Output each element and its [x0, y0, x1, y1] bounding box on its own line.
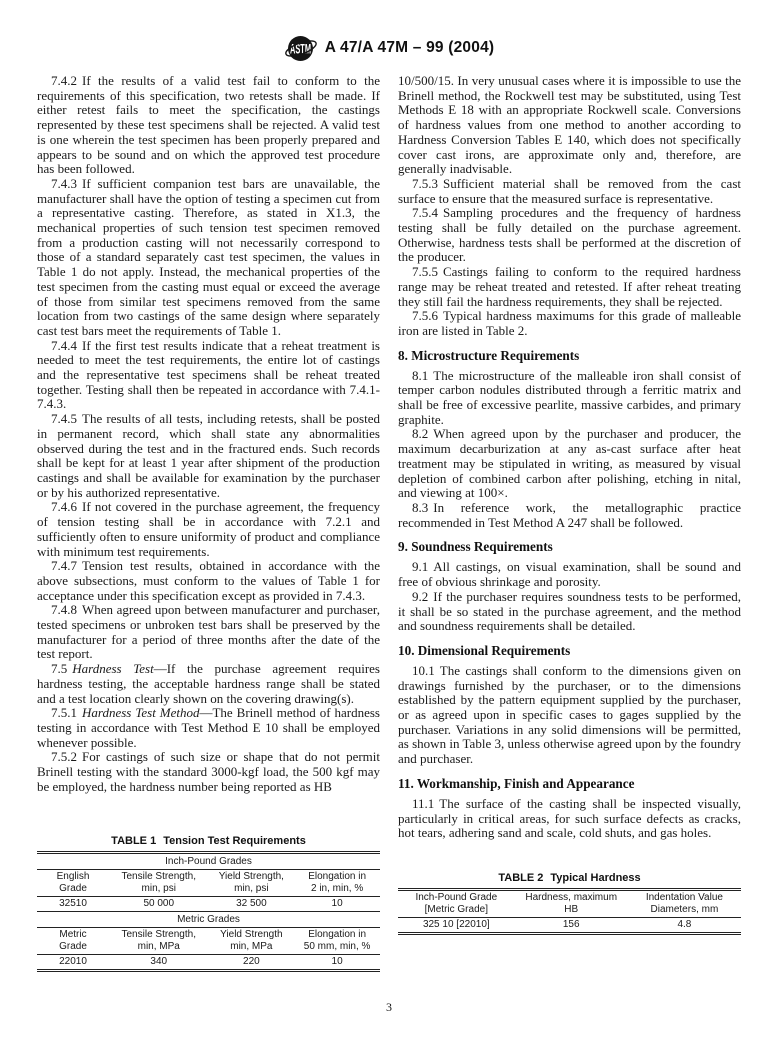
table-header-row: Metric GradeTensile Strength, min, MPaYi… — [37, 927, 380, 954]
clause-number: 7.4.8 — [51, 602, 77, 617]
clause-number: 7.5 — [51, 661, 67, 676]
clause-number: 8.1 — [412, 368, 428, 383]
paragraph-text: The microstructure of the malleable iron… — [398, 368, 741, 427]
clause-number: 8.2 — [412, 426, 428, 441]
paragraph: 7.4.5The results of all tests, including… — [37, 412, 380, 500]
paragraph: 7.5.3Sufficient material shall be remove… — [398, 177, 741, 206]
column-header: Tensile Strength, min, MPa — [109, 927, 208, 954]
clause-number: 8.3 — [412, 500, 428, 515]
section-heading: 8. Microstructure Requirements — [398, 348, 741, 363]
section-heading: 11. Workmanship, Finish and Appearance — [398, 776, 741, 791]
paragraph: 11.1The surface of the casting shall be … — [398, 797, 741, 841]
clause-title: Hardness Test — [72, 661, 153, 676]
column-header: English Grade — [37, 869, 109, 896]
clause-number: 7.5.5 — [412, 264, 438, 279]
right-column: 10/500/15. In very unusual cases where i… — [398, 74, 741, 972]
clause-title: Hardness Test Method — [82, 705, 199, 720]
two-column-body: 7.4.2If the results of a valid test fail… — [0, 74, 778, 972]
clause-number: 7.5.4 — [412, 205, 438, 220]
section-heading: 10. Dimensional Requirements — [398, 643, 741, 658]
table-cell: 32 500 — [208, 896, 294, 912]
paragraph-text: 10/500/15. In very unusual cases where i… — [398, 73, 741, 176]
paragraph: 8.1The microstructure of the malleable i… — [398, 369, 741, 428]
doc-title: A 47/A 47M – 99 (2004) — [325, 39, 495, 57]
page-number: 3 — [386, 1000, 392, 1014]
table1: TABLE 1Tension Test RequirementsInch-Pou… — [37, 835, 380, 972]
table2-caption: Typical Hardness — [550, 872, 640, 884]
column-header: Hardness, maximum HB — [515, 889, 628, 917]
paragraph-text: Sufficient material shall be removed fro… — [398, 176, 741, 206]
column-header: Yield Strength, min, psi — [208, 869, 294, 896]
paragraph-text: If the results of a valid test fail to c… — [37, 73, 380, 176]
column-header: Inch-Pound Grade [Metric Grade] — [398, 889, 515, 917]
clause-number: 7.4.3 — [51, 176, 77, 191]
table-header-row: English GradeTensile Strength, min, psiY… — [37, 869, 380, 896]
document-page: ASTM A 47/A 47M – 99 (2004) 7.4.2If the … — [0, 0, 778, 1041]
paragraph-text: The results of all tests, including rete… — [37, 411, 380, 500]
paragraph-text: For castings of such size or shape that … — [37, 749, 380, 793]
table-row: 2201034022010 — [37, 954, 380, 971]
paragraph: 7.5Hardness Test—If the purchase agreeme… — [37, 662, 380, 706]
paragraph: 8.2When agreed upon by the purchaser and… — [398, 427, 741, 501]
paragraph: 7.4.8When agreed upon between manufactur… — [37, 603, 380, 662]
paragraph-text: If the first test results indicate that … — [37, 338, 380, 412]
clause-number: 10.1 — [412, 663, 435, 678]
clause-number: 7.5.3 — [412, 176, 438, 191]
paragraph: 8.3In reference work, the metallographic… — [398, 501, 741, 530]
table2-title: TABLE 2Typical Hardness — [398, 872, 741, 885]
table-cell: 50 000 — [109, 896, 208, 912]
table2: TABLE 2Typical HardnessInch-Pound Grade … — [398, 872, 741, 936]
clause-number: 7.4.7 — [51, 558, 77, 573]
clause-number: 7.5.2 — [51, 749, 77, 764]
paragraph-text: If the purchaser requires soundness test… — [398, 589, 741, 633]
table1-title: TABLE 1Tension Test Requirements — [37, 835, 380, 848]
paragraph: 7.5.4Sampling procedures and the frequen… — [398, 206, 741, 265]
paragraph-text: If sufficient companion test bars are un… — [37, 176, 380, 338]
table-subtitle-row: Inch-Pound Grades — [37, 853, 380, 870]
column-header: Yield Strength min, MPa — [208, 927, 294, 954]
clause-number: 7.5.1 — [51, 705, 77, 720]
paragraph-text: Sampling procedures and the frequency of… — [398, 205, 741, 264]
clause-number: 9.1 — [412, 559, 428, 574]
table1-caption: Tension Test Requirements — [163, 835, 306, 847]
clause-number: 7.4.4 — [51, 338, 77, 353]
paragraph-text: Castings failing to conform to the requi… — [398, 264, 741, 308]
section-heading: 9. Soundness Requirements — [398, 539, 741, 554]
astm-logo: ASTM — [284, 34, 318, 63]
table-cell: 4.8 — [628, 917, 741, 934]
clause-number: 7.4.5 — [51, 411, 77, 426]
table1-label: TABLE 1 — [111, 835, 156, 847]
paragraph: 7.4.4If the first test results indicate … — [37, 339, 380, 413]
table-cell: 32510 — [37, 896, 109, 912]
table-cell: 220 — [208, 954, 294, 971]
table-cell: 340 — [109, 954, 208, 971]
table-subtitle: Metric Grades — [37, 912, 380, 928]
paragraph-text: In reference work, the metallographic pr… — [398, 500, 741, 530]
page-footer: 3 — [0, 1000, 778, 1014]
paragraph: 7.4.2If the results of a valid test fail… — [37, 74, 380, 177]
paragraph: 10.1The castings shall conform to the di… — [398, 664, 741, 767]
clause-number: 11.1 — [412, 796, 434, 811]
clause-number: 9.2 — [412, 589, 428, 604]
table-subtitle: Inch-Pound Grades — [37, 853, 380, 870]
table-cell: 22010 — [37, 954, 109, 971]
paragraph-text: Typical hardness maximums for this grade… — [398, 308, 741, 338]
column-header: Indentation Value Diameters, mm — [628, 889, 741, 917]
paragraph: 7.4.6If not covered in the purchase agre… — [37, 500, 380, 559]
paragraph-text: All castings, on visual examination, sha… — [398, 559, 741, 589]
paragraph-text: The castings shall conform to the dimens… — [398, 663, 741, 766]
paragraph: 7.4.3If sufficient companion test bars a… — [37, 177, 380, 339]
paragraph-text: When agreed upon between manufacturer an… — [37, 602, 380, 661]
table-row: 325 10 [22010]1564.8 — [398, 917, 741, 934]
table-cell: 325 10 [22010] — [398, 917, 515, 934]
clause-number: 7.5.6 — [412, 308, 438, 323]
paragraph: 9.1All castings, on visual examination, … — [398, 560, 741, 589]
table2-label: TABLE 2 — [498, 872, 543, 884]
table-cell: 10 — [294, 896, 380, 912]
table-cell: 156 — [515, 917, 628, 934]
clause-number: 7.4.2 — [51, 73, 77, 88]
paragraph-text: The surface of the casting shall be insp… — [398, 796, 741, 840]
paragraph: 7.5.1Hardness Test Method—The Brinell me… — [37, 706, 380, 750]
table-subtitle-row: Metric Grades — [37, 912, 380, 928]
paragraph: 7.5.6Typical hardness maximums for this … — [398, 309, 741, 338]
table-row: 3251050 00032 50010 — [37, 896, 380, 912]
paragraph: 7.5.5Castings failing to conform to the … — [398, 265, 741, 309]
column-header: Elongation in 2 in, min, % — [294, 869, 380, 896]
left-column: 7.4.2If the results of a valid test fail… — [37, 74, 380, 972]
paragraph: 7.5.2For castings of such size or shape … — [37, 750, 380, 794]
column-header: Tensile Strength, min, psi — [109, 869, 208, 896]
paragraph-text: When agreed upon by the purchaser and pr… — [398, 426, 741, 500]
paragraph-text: If not covered in the purchase agreement… — [37, 499, 380, 558]
paragraph: 10/500/15. In very unusual cases where i… — [398, 74, 741, 177]
table-cell: 10 — [294, 954, 380, 971]
paragraph: 7.4.7Tension test results, obtained in a… — [37, 559, 380, 603]
clause-number: 7.4.6 — [51, 499, 77, 514]
page-header: ASTM A 47/A 47M – 99 (2004) — [0, 33, 778, 63]
table-header-row: Inch-Pound Grade [Metric Grade]Hardness,… — [398, 889, 741, 917]
paragraph-text: Tension test results, obtained in accord… — [37, 558, 380, 602]
paragraph: 9.2If the purchaser requires soundness t… — [398, 590, 741, 634]
column-header: Elongation in 50 mm, min, % — [294, 927, 380, 954]
column-header: Metric Grade — [37, 927, 109, 954]
